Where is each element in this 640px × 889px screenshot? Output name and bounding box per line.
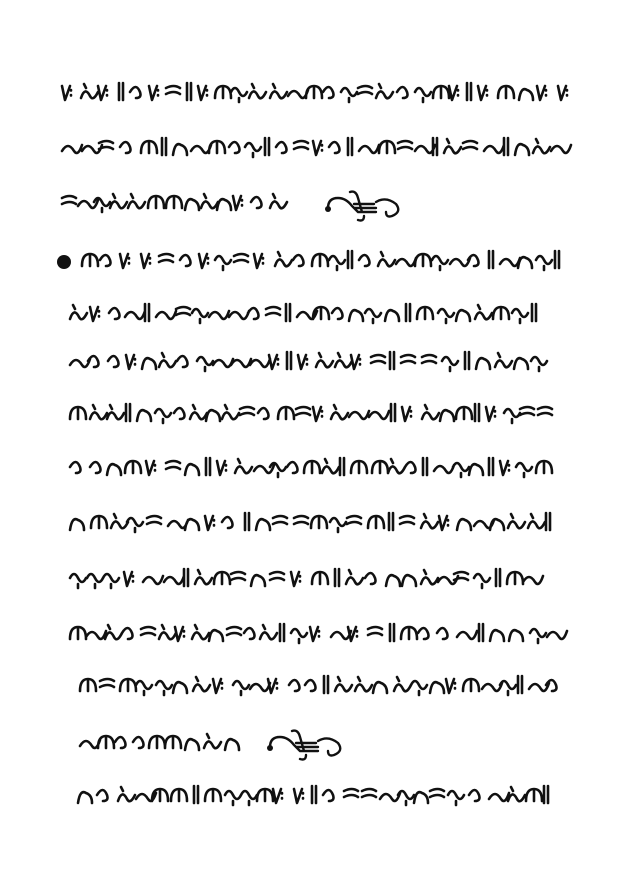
text-line: ᜆᜓᜌ᜵ ᜇᜒᜎᜉᜃᜊᜊᜌᜉᜃᜇᜒᜌᜉ᜵ ᜉᜋᜃᜓ — [0, 613, 640, 653]
script-strokes — [0, 775, 640, 815]
text-line: ᜌᜌᜌᜀ᜵ ᜐᜋᜃᜊ᜵ ᜇᜒᜐᜈᜌᜐᜎ᜵ ᜎᜆᜓᜆᜓ — [0, 293, 640, 333]
text-line: ᜌ᜵ ᜇᜒᜐᜈᜌᜌᜎ᜵ ᜎᜆᜓᜆᜓᜌ᜵ ᜇᜒᜎᜉᜃᜌ — [0, 665, 640, 705]
script-strokes — [0, 72, 640, 112]
script-strokes — [0, 558, 640, 598]
text-line: ᜐᜓᜃᜌᜉᜓᜌ᜵ ᜐᜇᜒᜂᜋ ᜐᜐᜓᜈᜃᜓ — [0, 775, 640, 815]
text-line: ᜐᜐᜓᜈᜃᜓ ᜉ ᜀ ᜇᜒ ᜇᜒ ᜆᜓᜌ᜵ ᜐᜈᜃᜌᜊᜓᜀ᜵ — [0, 72, 640, 112]
text-line: ᜐ ᜉᜀᜉ᜵ ᜇᜒᜐᜈᜌᜐᜎ᜵ ᜇᜒᜋᜇᜒᜆᜓ — [0, 240, 640, 280]
text-line: ᜎᜆᜓᜆᜓᜌ᜵ ᜇᜒᜎᜐᜉ᜵ ᜐᜋᜃ᜵ ᜇᜒᜐᜈᜌ — [0, 393, 640, 433]
script-strokes — [0, 502, 640, 542]
fleuron-ornament-icon — [320, 188, 410, 224]
pilcrow-mark — [57, 255, 71, 269]
script-strokes — [0, 613, 640, 653]
text-line: ᜌᜎ᜵ ᜎᜆᜓᜆᜓᜌ᜵ ᜇᜒᜎᜋᜆᜓᜆᜓᜌᜇᜒᜌ᜵ ᜐᜋ — [0, 447, 640, 487]
text-line: ᜌ᜵ ᜇᜒᜎᜐᜓᜐ᜵ ᜐᜋᜃᜌ᜵ ᜇᜒᜐᜈᜌᜐᜎ᜵ — [0, 341, 640, 381]
script-strokes — [0, 341, 640, 381]
script-strokes — [0, 293, 640, 333]
script-strokes — [0, 127, 640, 167]
fleuron-ornament-icon — [262, 727, 352, 763]
script-strokes — [0, 240, 640, 280]
script-strokes — [0, 447, 640, 487]
script-strokes — [0, 393, 640, 433]
text-line: ᜃᜓᜐ᜵ ᜇᜒᜐᜈᜌᜌᜎ᜵ ᜎᜆᜓᜆᜓᜌ᜵ ᜇᜒᜎᜐᜀ — [0, 502, 640, 542]
script-strokes — [0, 665, 640, 705]
text-line: ᜀᜊᜉᜌᜎ᜵ ᜐᜋᜃᜓᜉ᜵ ᜇᜒᜐᜈᜌᜌᜎ᜵ ᜎᜆᜓ — [0, 558, 640, 598]
text-line: ᜐᜈᜓᜌᜉᜀᜉ᜵ ᜐᜇᜒᜂᜐᜓ ᜆᜓᜈ᜵ ᜐᜈᜃᜆᜓᜌ — [0, 127, 640, 167]
